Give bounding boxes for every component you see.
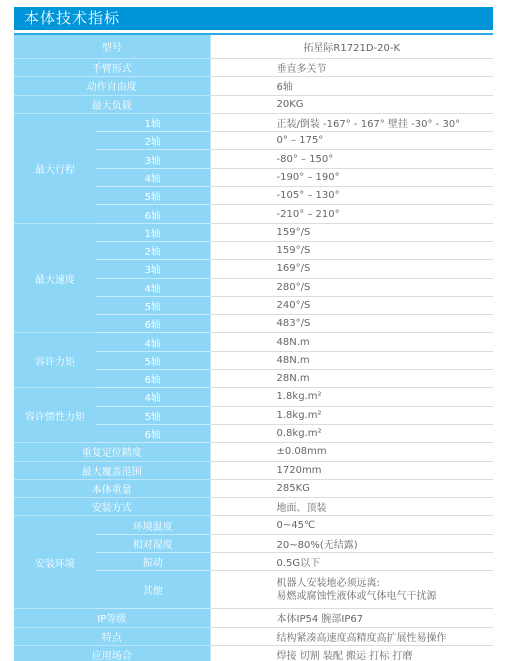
group-label: 最大行程: [14, 113, 96, 223]
row-value: 垂直多关节: [210, 59, 493, 77]
axis-label: 6轴: [96, 424, 210, 442]
group-label: 容许惯性力矩: [14, 388, 96, 443]
row-label: 动作自由度: [14, 77, 210, 95]
row-value: -210° – 210°: [210, 205, 493, 223]
row-value: 28N.m: [210, 370, 493, 388]
row-value: 0.5G以下: [210, 553, 493, 571]
axis-label: 5轴: [96, 296, 210, 314]
axis-label: 4轴: [96, 388, 210, 406]
row-label: 最大负载: [14, 95, 210, 113]
axis-label: 5轴: [96, 187, 210, 205]
axis-label: 6轴: [96, 205, 210, 223]
table-row: 安装环境 环境温度 0~45℃: [14, 516, 493, 534]
group-label: 最大速度: [14, 223, 96, 333]
row-label: 重复定位精度: [14, 443, 210, 461]
axis-label: 1轴: [96, 223, 210, 241]
axis-label: 4轴: [96, 168, 210, 186]
axis-label: 3轴: [96, 150, 210, 168]
table-row-max-reach: 最大覆盖范围 1720mm: [14, 461, 493, 479]
row-label: 手臂形式: [14, 59, 210, 77]
table-row-dof: 动作自由度 6轴: [14, 77, 493, 95]
row-value: 48N.m: [210, 351, 493, 369]
table-row-features: 特点 结构紧凑高速度高精度高扩展性易操作: [14, 627, 493, 645]
axis-label: 3轴: [96, 260, 210, 278]
row-value: 0.8kg.m²: [210, 424, 493, 442]
row-label: 安装方式: [14, 498, 210, 516]
env-item-label: 相对湿度: [96, 534, 210, 552]
value-line-1: 机器人安装地必须远离:: [277, 577, 494, 590]
row-value: 285KG: [210, 479, 493, 497]
row-label: 最大覆盖范围: [14, 461, 210, 479]
row-value: 20~80%(无结露): [210, 534, 493, 552]
row-value: 240°/S: [210, 296, 493, 314]
table-row-ip-rating: IP等级 本体IP54 腕部IP67: [14, 609, 493, 627]
row-value: 48N.m: [210, 333, 493, 351]
row-value: 1720mm: [210, 461, 493, 479]
axis-label: 2轴: [96, 241, 210, 259]
table-row: 最大速度 1轴 159°/S: [14, 223, 493, 241]
row-value: 地面、顶装: [210, 498, 493, 516]
row-value: 483°/S: [210, 315, 493, 333]
table-row-mounting: 安装方式 地面、顶装: [14, 498, 493, 516]
row-value: 正装/倒装 -167° - 167° 壁挂 -30° - 30°: [210, 113, 493, 131]
table-row-applications: 应用场合 焊接 切割 装配 搬运 打标 打磨: [14, 645, 493, 661]
row-value: 6轴: [210, 77, 493, 95]
row-value: 拓星际R1721D-20-K: [210, 35, 493, 59]
row-label: 型号: [14, 35, 210, 59]
axis-label: 5轴: [96, 351, 210, 369]
row-value: -105° – 130°: [210, 187, 493, 205]
row-value: 20KG: [210, 95, 493, 113]
axis-label: 5轴: [96, 406, 210, 424]
table-row: 最大行程 1轴 正装/倒装 -167° - 167° 壁挂 -30° - 30°: [14, 113, 493, 131]
group-label: 安装环境: [14, 516, 96, 609]
row-value: 1.8kg.m²: [210, 388, 493, 406]
row-value: 结构紧凑高速度高精度高扩展性易操作: [210, 627, 493, 645]
row-label: 本体重量: [14, 479, 210, 497]
axis-label: 4轴: [96, 333, 210, 351]
section-title: 本体技术指标: [14, 7, 493, 30]
row-value: 0° – 175°: [210, 132, 493, 150]
row-value: ±0.08mm: [210, 443, 493, 461]
row-label: IP等级: [14, 609, 210, 627]
table-row-max-payload: 最大负载 20KG: [14, 95, 493, 113]
row-value: 1.8kg.m²: [210, 406, 493, 424]
row-value: 159°/S: [210, 241, 493, 259]
row-value: -80° – 150°: [210, 150, 493, 168]
axis-label: 2轴: [96, 132, 210, 150]
table-row-weight: 本体重量 285KG: [14, 479, 493, 497]
axis-label: 4轴: [96, 278, 210, 296]
table-row-model: 型号 拓星际R1721D-20-K: [14, 35, 493, 59]
table-row-repeatability: 重复定位精度 ±0.08mm: [14, 443, 493, 461]
row-value: 280°/S: [210, 278, 493, 296]
axis-label: 6轴: [96, 315, 210, 333]
row-value: 机器人安装地必须远离: 易燃或腐蚀性液体或气体电气干扰源: [210, 571, 493, 609]
table-row: 容许惯性力矩 4轴 1.8kg.m²: [14, 388, 493, 406]
axis-label: 6轴: [96, 370, 210, 388]
value-line-2: 易燃或腐蚀性液体或气体电气干扰源: [277, 590, 494, 603]
table-row-arm-type: 手臂形式 垂直多关节: [14, 59, 493, 77]
group-label: 容许力矩: [14, 333, 96, 388]
env-item-label: 振动: [96, 553, 210, 571]
table-row: 容许力矩 4轴 48N.m: [14, 333, 493, 351]
row-value: 169°/S: [210, 260, 493, 278]
row-value: 焊接 切割 装配 搬运 打标 打磨: [210, 645, 493, 661]
row-value: 159°/S: [210, 223, 493, 241]
axis-label: 1轴: [96, 113, 210, 131]
row-value: -190° – 190°: [210, 168, 493, 186]
spec-table: 型号 拓星际R1721D-20-K 手臂形式 垂直多关节 动作自由度 6轴 最大…: [14, 35, 493, 661]
row-value: 0~45℃: [210, 516, 493, 534]
row-label: 特点: [14, 627, 210, 645]
env-item-label: 其他: [96, 571, 210, 609]
row-value: 本体IP54 腕部IP67: [210, 609, 493, 627]
env-item-label: 环境温度: [96, 516, 210, 534]
row-label: 应用场合: [14, 645, 210, 661]
